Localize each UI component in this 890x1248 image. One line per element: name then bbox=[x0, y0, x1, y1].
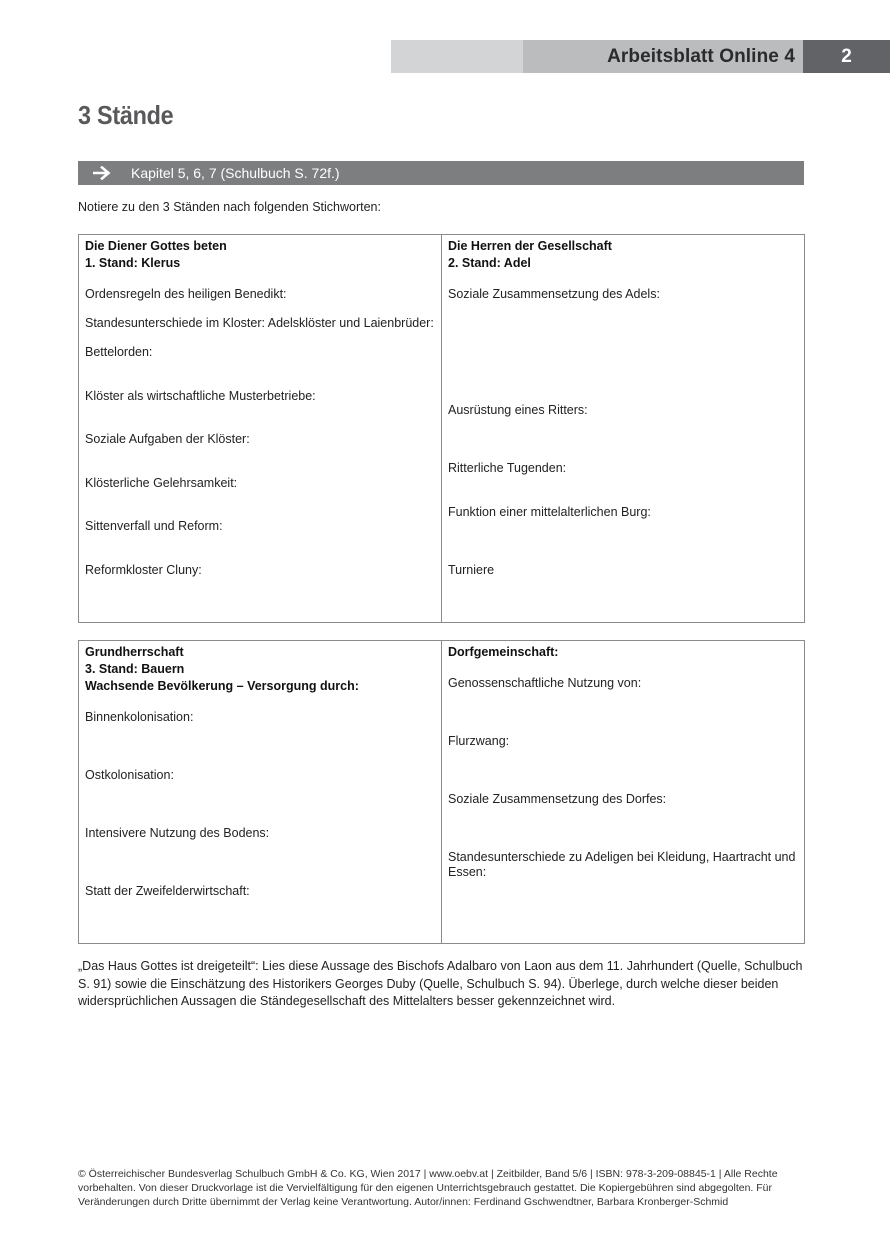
nobility-prompt: Ritterliche Tugenden: bbox=[448, 461, 798, 476]
village-community-cell[interactable]: Dorfgemeinschaft: Genossenschaftliche Nu… bbox=[442, 641, 805, 944]
peasants-subheading-supply: Wachsende Bevölkerung – Versorgung durch… bbox=[85, 679, 435, 694]
nobility-subheading: 2. Stand: Adel bbox=[448, 256, 798, 271]
clergy-subheading: 1. Stand: Klerus bbox=[85, 256, 435, 271]
instruction-text: Notiere zu den 3 Ständen nach folgenden … bbox=[78, 200, 381, 214]
estates-table-2: Grundherrschaft 3. Stand: Bauern Wachsen… bbox=[78, 640, 805, 944]
worksheet-label-text: Arbeitsblatt Online 4 bbox=[607, 46, 795, 68]
clergy-prompt: Standesunterschiede im Kloster: Adelsklö… bbox=[85, 316, 435, 331]
peasants-heading: Grundherrschaft bbox=[85, 645, 435, 660]
nobility-prompt: Turniere bbox=[448, 563, 798, 578]
village-community-prompt: Soziale Zusammensetzung des Dorfes: bbox=[448, 792, 798, 807]
chapter-reference-bar: Kapitel 5, 6, 7 (Schulbuch S. 72f.) bbox=[78, 161, 804, 185]
clergy-prompt: Reformkloster Cluny: bbox=[85, 563, 435, 578]
village-community-prompt: Standesunterschiede zu Adeligen bei Klei… bbox=[448, 850, 798, 880]
page-number: 2 bbox=[841, 46, 852, 68]
nobility-heading: Die Herren der Gesellschaft bbox=[448, 239, 798, 254]
clergy-prompt: Sittenverfall und Reform: bbox=[85, 519, 435, 534]
peasants-cell[interactable]: Grundherrschaft 3. Stand: Bauern Wachsen… bbox=[79, 641, 442, 944]
peasants-subheading: 3. Stand: Bauern bbox=[85, 662, 435, 677]
clergy-prompt: Klösterliche Gelehrsamkeit: bbox=[85, 476, 435, 491]
nobility-prompt: Funktion einer mittelalterlichen Burg: bbox=[448, 505, 798, 520]
clergy-cell[interactable]: Die Diener Gottes beten 1. Stand: Klerus… bbox=[79, 235, 442, 623]
page-title: 3 Stände bbox=[78, 100, 173, 131]
chapter-reference-label: Kapitel 5, 6, 7 (Schulbuch S. 72f.) bbox=[131, 165, 340, 181]
village-community-prompt: Genossenschaftliche Nutzung von: bbox=[448, 676, 798, 691]
header-bar-light-segment bbox=[391, 40, 523, 73]
arrow-right-icon bbox=[84, 166, 120, 180]
page-number-badge: 2 bbox=[803, 40, 890, 73]
clergy-prompt: Klöster als wirtschaftliche Musterbetrie… bbox=[85, 389, 435, 404]
peasants-prompt: Intensivere Nutzung des Bodens: bbox=[85, 826, 435, 841]
nobility-prompt: Soziale Zusammensetzung des Adels: bbox=[448, 287, 798, 302]
task-question: „Das Haus Gottes ist dreigeteilt“: Lies … bbox=[78, 958, 806, 1011]
clergy-prompt: Soziale Aufgaben der Klöster: bbox=[85, 432, 435, 447]
clergy-heading: Die Diener Gottes beten bbox=[85, 239, 435, 254]
village-community-heading: Dorfgemeinschaft: bbox=[448, 645, 798, 660]
peasants-prompt: Binnenkolonisation: bbox=[85, 710, 435, 725]
clergy-prompt: Bettelorden: bbox=[85, 345, 435, 360]
copyright-footer: © Österreichischer Bundesverlag Schulbuc… bbox=[78, 1167, 806, 1209]
clergy-prompt: Ordensregeln des heiligen Benedikt: bbox=[85, 287, 435, 302]
estates-table-1: Die Diener Gottes beten 1. Stand: Klerus… bbox=[78, 234, 805, 623]
nobility-prompt: Ausrüstung eines Ritters: bbox=[448, 403, 798, 418]
worksheet-label: Arbeitsblatt Online 4 bbox=[523, 40, 803, 73]
peasants-prompt: Ostkolonisation: bbox=[85, 768, 435, 783]
nobility-cell[interactable]: Die Herren der Gesellschaft 2. Stand: Ad… bbox=[442, 235, 805, 623]
village-community-prompt: Flurzwang: bbox=[448, 734, 798, 749]
peasants-prompt: Statt der Zweifelderwirtschaft: bbox=[85, 884, 435, 899]
